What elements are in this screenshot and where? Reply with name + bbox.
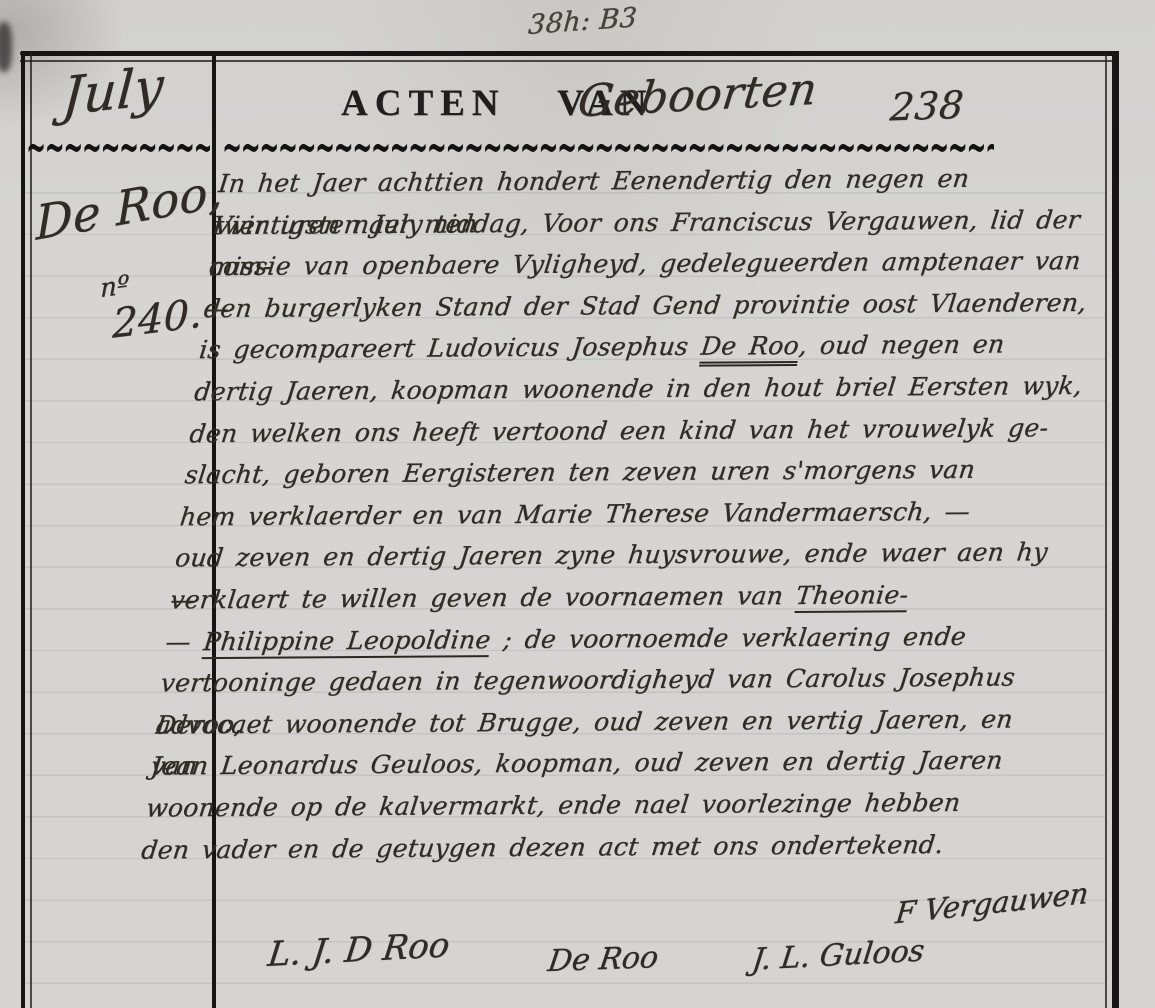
body-text-segment: ; de voornoemde verklaering ende	[489, 621, 968, 653]
frame-left-thick	[21, 51, 25, 1008]
body-line: hem verklaerder en van Marie Therese Van…	[178, 490, 1071, 538]
handwritten-title: Geboorten	[575, 64, 820, 128]
body-line: — Philippine Leopoldine ; de voornoemde …	[163, 615, 1056, 663]
body-line: is gecompareert Ludovicus Josephus De Ro…	[197, 323, 1090, 371]
frame-left-thin	[30, 53, 32, 1008]
underlined-name: De Roo	[699, 331, 801, 364]
top-annotation: 38h: B3	[527, 2, 638, 41]
wavy-separator-margin: ~~~~~~~~~~~~~~~~	[26, 128, 210, 170]
body-text-segment: hem verklaerder en van Marie Therese Van…	[178, 497, 971, 532]
body-line: den burgerlyken Stand der Stad Gend prov…	[202, 282, 1095, 330]
margin-month: July	[60, 56, 166, 127]
body-lines: In het Jaer achttien hondert Eenendertig…	[139, 157, 1109, 871]
body-text-segment: verklaert te willen geven de voornaemen …	[169, 581, 798, 614]
body-text-segment: —	[164, 627, 205, 656]
body-line: woonende op de kalvermarkt, ende nael vo…	[144, 781, 1037, 829]
signature-center: De Roo	[546, 940, 661, 979]
body-line: Jean Leonardus Geuloos, koopman, oud zev…	[149, 740, 1042, 788]
body-line: verklaert te willen geven de voornaemen …	[168, 573, 1061, 621]
body-line: missie van openbaere Vyligheyd, gedelegu…	[207, 240, 1100, 288]
underlined-name: Philippine Leopoldine	[202, 625, 493, 659]
body-line: den welken ons heeft vertoond een kind v…	[187, 407, 1080, 455]
body-line: advocaet woonende tot Brugge, oud zeven …	[154, 698, 1047, 746]
body-line: den vader en de getuygen dezen act met o…	[139, 823, 1032, 871]
underlined-name: Theonie-	[794, 580, 910, 613]
body-text-segment: Jean Leonardus Geuloos, koopman, oud zev…	[150, 746, 1005, 781]
body-text-segment: den burgerlyken Stand der Stad Gend prov…	[202, 288, 1088, 323]
body-text-segment: den welken ons heeft vertoond een kind v…	[188, 413, 1050, 448]
body-text-segment: , oud negen en	[797, 330, 1006, 360]
page-number: 238	[888, 83, 965, 130]
body-text-segment: den vader en de getuygen dezen act met o…	[140, 829, 945, 864]
body-line: oud zeven en dertig Jaeren zyne huysvrou…	[173, 531, 1066, 579]
frame-top-thin	[20, 60, 1119, 62]
body-text-segment: slacht, geboren Eergisteren ten zeven ur…	[183, 455, 976, 490]
frame-right-thin	[1105, 53, 1107, 1008]
frame-top-thick	[20, 51, 1119, 56]
body-text-segment: dertig Jaeren, koopman woonende in den h…	[193, 371, 1084, 406]
body-text-segment: is gecompareert Ludovicus Josephus	[198, 332, 703, 365]
body-line: Vier uren naer middag, Voor ons Francisc…	[211, 198, 1104, 246]
body-text-segment: woonende op de kalvermarkt, ende nael vo…	[145, 788, 962, 823]
scan-smudge	[0, 22, 12, 72]
birth-record-scan: 38h: B3 July ~~~~~~~~~~~~~~~~ De Roo, nº…	[0, 0, 1155, 1008]
body-line: vertooninge gedaen in tegenwoordigheyd v…	[158, 656, 1051, 704]
body-line: In het Jaer achttien hondert Eenendertig…	[216, 157, 1109, 205]
body-line: slacht, geboren Eergisteren ten zeven ur…	[182, 448, 1075, 496]
frame-right-thick	[1112, 51, 1119, 1008]
body-line: dertig Jaeren, koopman woonende in den h…	[192, 365, 1085, 413]
